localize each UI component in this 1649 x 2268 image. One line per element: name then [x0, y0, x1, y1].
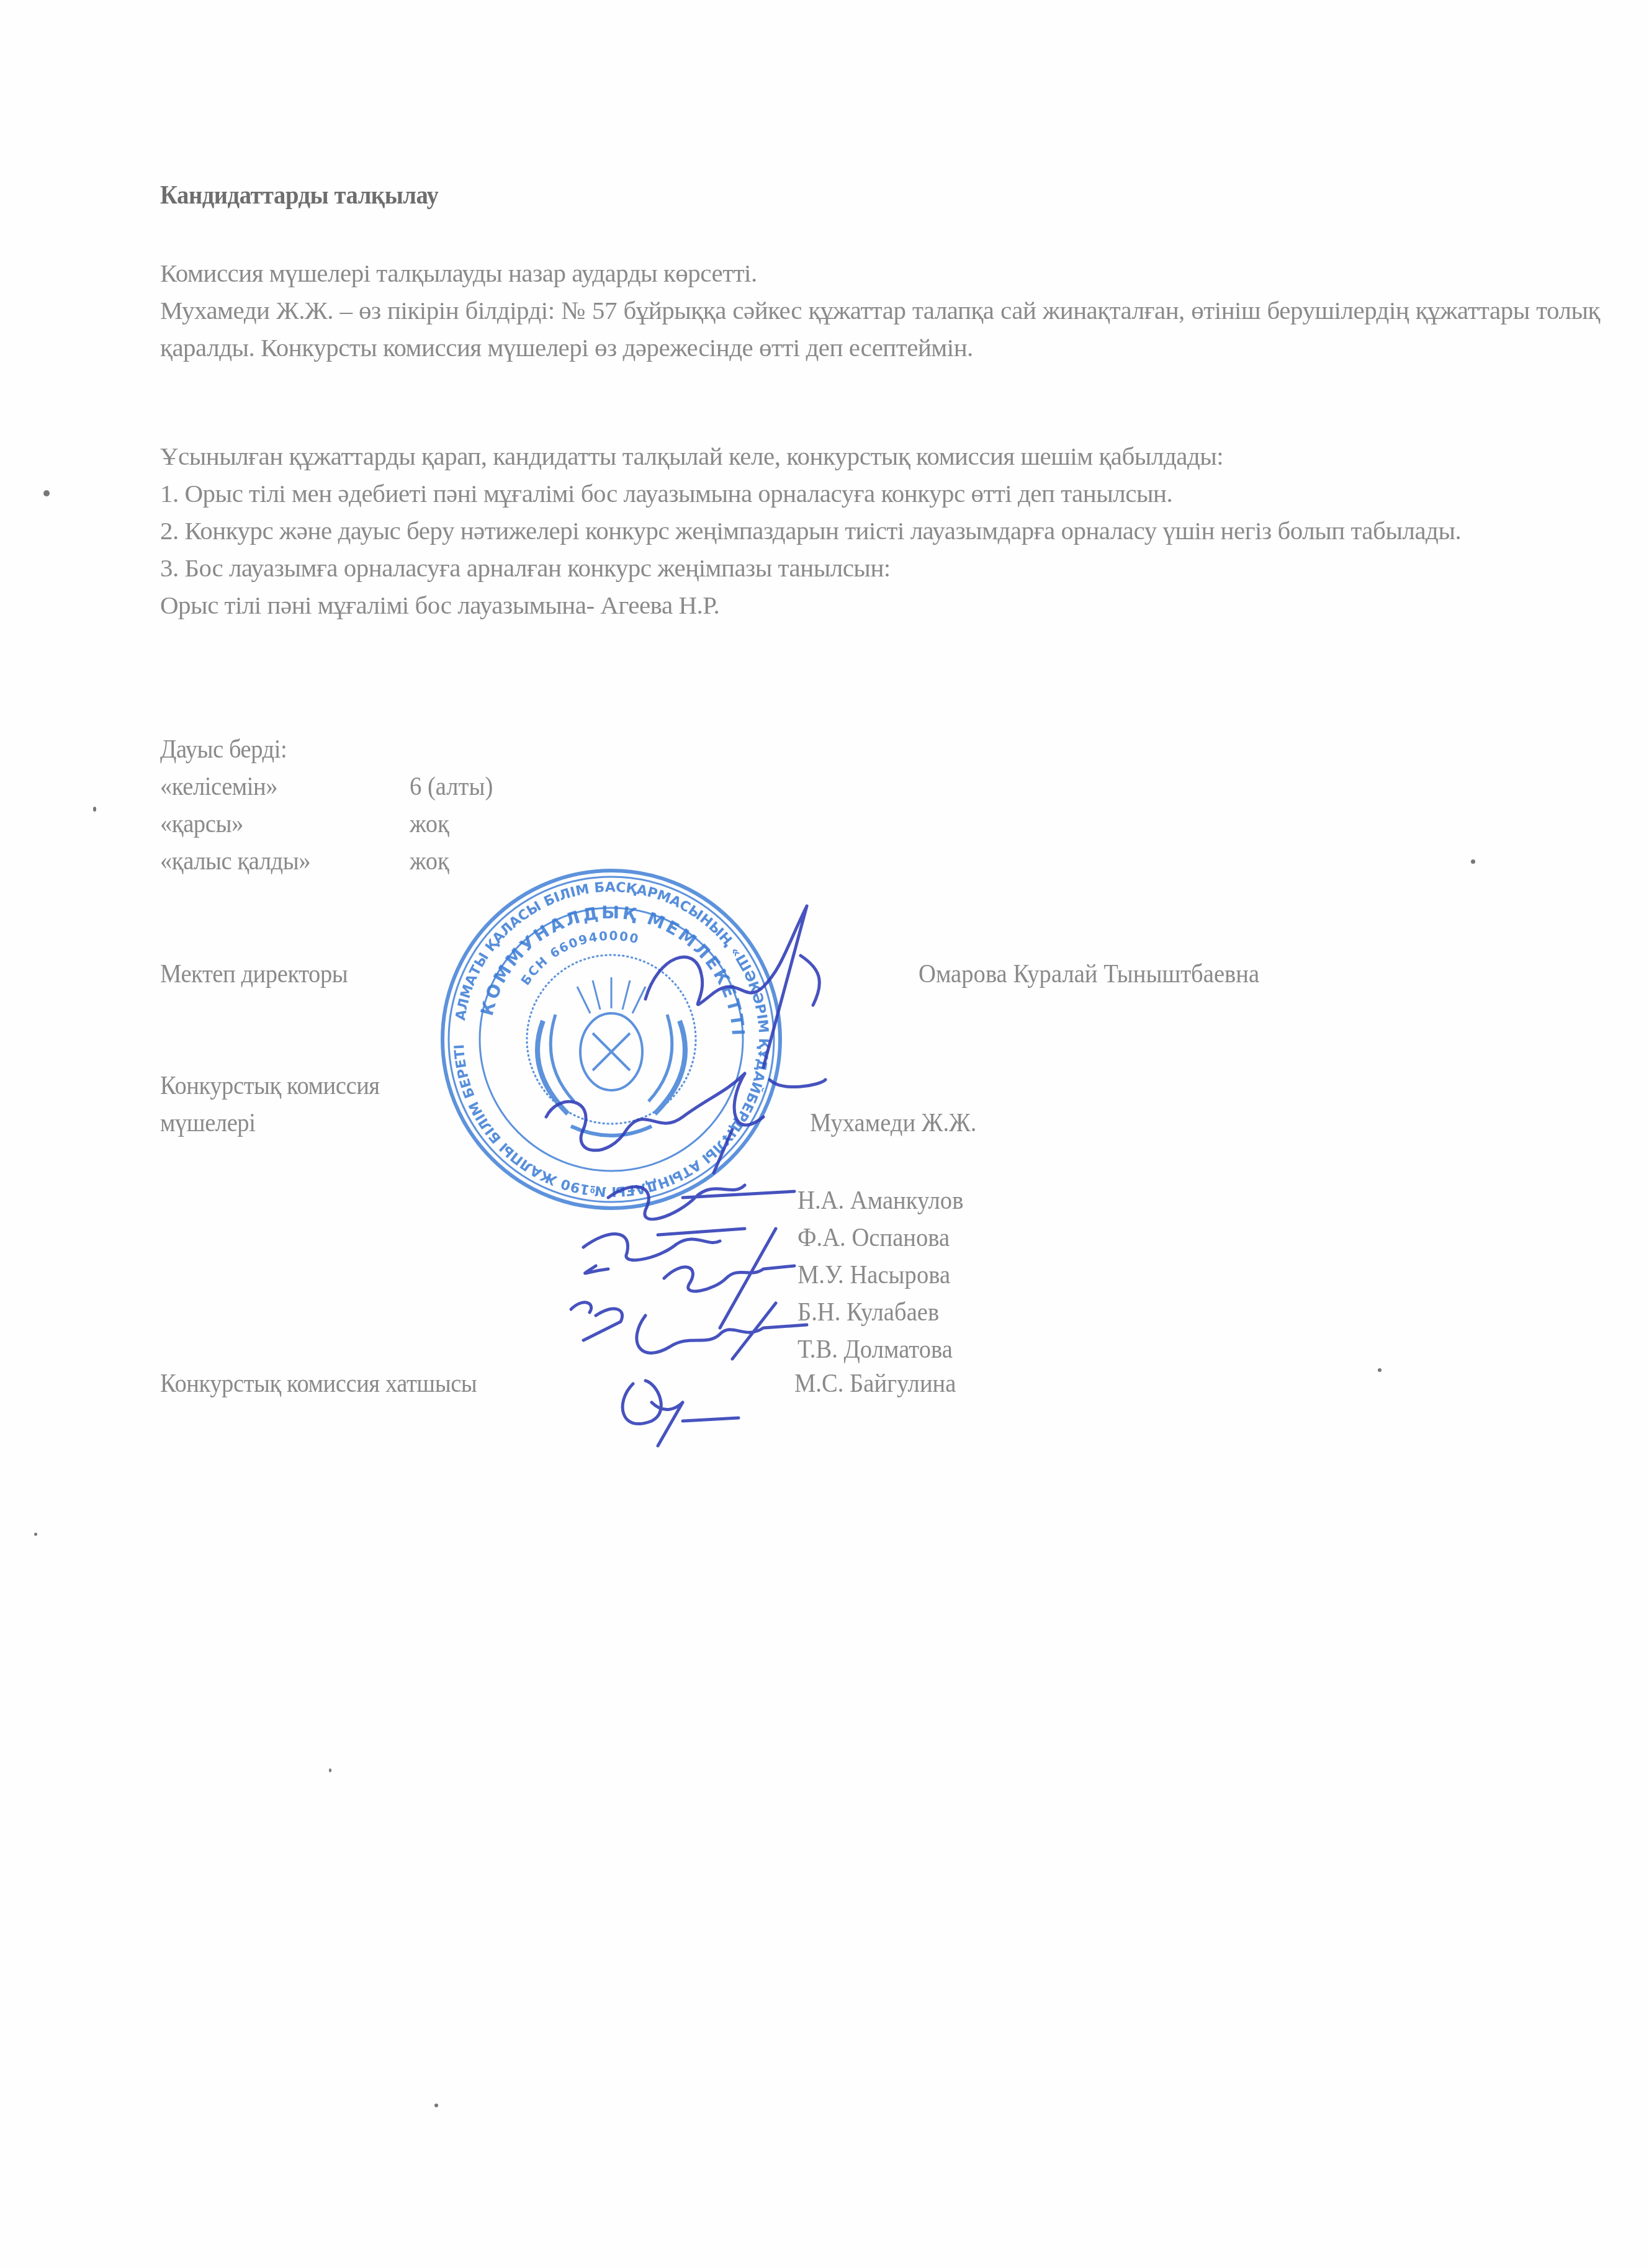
winner-line: Орыс тілі пәні мұғалімі бос лауазымына- …	[160, 586, 1600, 624]
vote-row-against: «қарсы»	[160, 805, 243, 843]
chair-opinion: Мухамеди Ж.Ж. – өз пікірін білдірді: № 5…	[160, 292, 1600, 366]
member-signature-icon	[583, 1229, 745, 1273]
member-name: М.У. Насырова	[798, 1257, 963, 1294]
scan-speck	[1378, 1368, 1382, 1372]
decision-paragraph: Ұсынылған құжаттарды қарап, кандидатты т…	[160, 437, 1600, 624]
scan-speck	[434, 2104, 438, 2107]
member-name: Т.В. Долматова	[798, 1331, 963, 1368]
commission-label-2: мүшелері	[160, 1105, 255, 1142]
member-name: Н.А. Аманкулов	[798, 1182, 963, 1219]
scan-speck	[329, 1768, 331, 1772]
discussion-line: Комиссия мүшелері талқылауды назар аудар…	[160, 254, 1600, 292]
member-name: Ф.А. Оспанова	[798, 1219, 963, 1257]
vote-label: «қарсы»	[160, 810, 243, 838]
member-signature-icon	[637, 1303, 807, 1359]
decision-intro: Ұсынылған құжаттарды қарап, кандидатты т…	[160, 437, 1600, 475]
secretary-label: Конкурстық комиссия хатшысы	[160, 1365, 477, 1402]
commission-label: Конкурстық комиссия	[160, 1067, 380, 1105]
secretary-signature-icon	[622, 1381, 739, 1446]
decision-item-2: 2. Конкурс және дауыс беру нәтижелері ко…	[160, 512, 1600, 549]
scan-speck	[43, 490, 50, 496]
vote-label: «келісемін»	[160, 773, 277, 801]
member-signature-icon	[664, 1229, 794, 1328]
member-name: Б.Н. Кулабаев	[798, 1294, 963, 1331]
document-heading: Кандидаттарды талқылау	[160, 177, 438, 214]
decision-item-3: 3. Бос лауазымға орналасуға арналған кон…	[160, 549, 1600, 586]
director-label: Мектеп директоры	[160, 956, 348, 993]
secretary-name: М.С. Байгулина	[794, 1365, 956, 1402]
discussion-paragraph: Комиссия мүшелері талқылауды назар аудар…	[160, 254, 1600, 366]
vote-value-agree: 6 (алты)	[410, 768, 493, 805]
commission-members-list: Н.А. Аманкулов Ф.А. Оспанова М.У. Насыро…	[798, 1182, 963, 1368]
scanned-document-page: Кандидаттарды талқылау Комиссия мүшелері…	[0, 0, 1649, 2268]
scan-speck	[34, 1533, 37, 1536]
decision-item-1: 1. Орыс тілі мен әдебиеті пәні мұғалімі …	[160, 475, 1600, 512]
vote-row-abstain: «қалыс қалды»	[160, 843, 310, 880]
director-name: Омарова Куралай Тыныштбаевна	[919, 956, 1259, 993]
vote-label: «қалыс қалды»	[160, 847, 310, 876]
scan-speck	[93, 807, 96, 812]
scan-speck	[1471, 859, 1475, 864]
member-signature-icon	[571, 1302, 622, 1340]
chair-name: Мухамеди Ж.Ж.	[810, 1105, 976, 1142]
official-stamp-icon: АЛМАТЫ ҚАЛАСЫ БІЛІМ БАСҚАРМАСЫНЫҢ «ШӘКӘР…	[438, 866, 785, 1213]
vote-row-agree: «келісемін»	[160, 768, 277, 805]
vote-value-against: жоқ	[410, 805, 449, 843]
vote-title: Дауыс берді:	[160, 731, 287, 768]
